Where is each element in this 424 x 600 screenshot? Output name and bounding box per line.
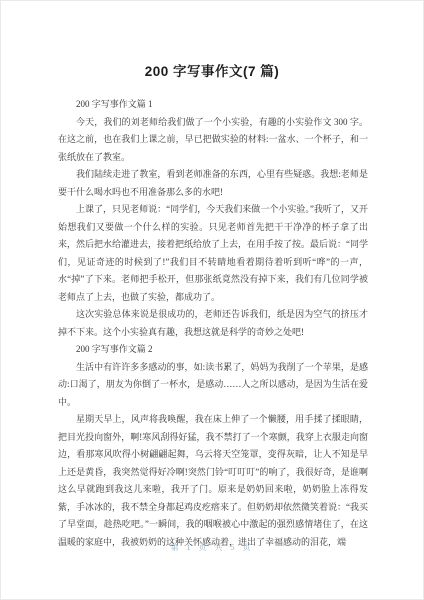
- document-body: 200 字写事作文篇 1 今天，我们的刘老师给我们做了一个小实验，有趣的小实验作…: [58, 96, 368, 551]
- section-1-paragraph: 这次实验总体来说是很成功的，老师还告诉我们，纸是因为空气的挤压才掉不下来。这个小…: [58, 306, 368, 341]
- document-page: 200 字写事作文(7 篇) 200 字写事作文篇 1 今天，我们的刘老师给我们…: [0, 0, 424, 600]
- section-2-heading: 200 字写事作文篇 2: [58, 341, 368, 359]
- section-1-paragraph: 我们陆续走进了教室，看到老师准备的东西，心里有些疑惑。我想:老师是要干什么喝水吗…: [58, 166, 368, 201]
- page-number-footer: 第 1 页 共 5 页: [1, 542, 423, 553]
- section-1-paragraph: 今天，我们的刘老师给我们做了一个小实验，有趣的小实验作文 300 字。在这之前，…: [58, 114, 368, 167]
- section-2-paragraph: 星期天早上，风声将我唤醒，我在床上伸了一个懒腰，用手揉了揉眼睛，把目光投向窗外，…: [58, 411, 368, 551]
- section-1-heading: 200 字写事作文篇 1: [58, 96, 368, 114]
- section-2-paragraph: 生活中有许许多多感动的事，如:读书累了，妈妈为我削了一个苹果，是感动:口渴了，朋…: [58, 359, 368, 412]
- document-title: 200 字写事作文(7 篇): [1, 60, 423, 80]
- section-1-paragraph: 上课了，只见老师说：“同学们，今天我们来做一个小实验。”我听了，又开始想我们又要…: [58, 201, 368, 306]
